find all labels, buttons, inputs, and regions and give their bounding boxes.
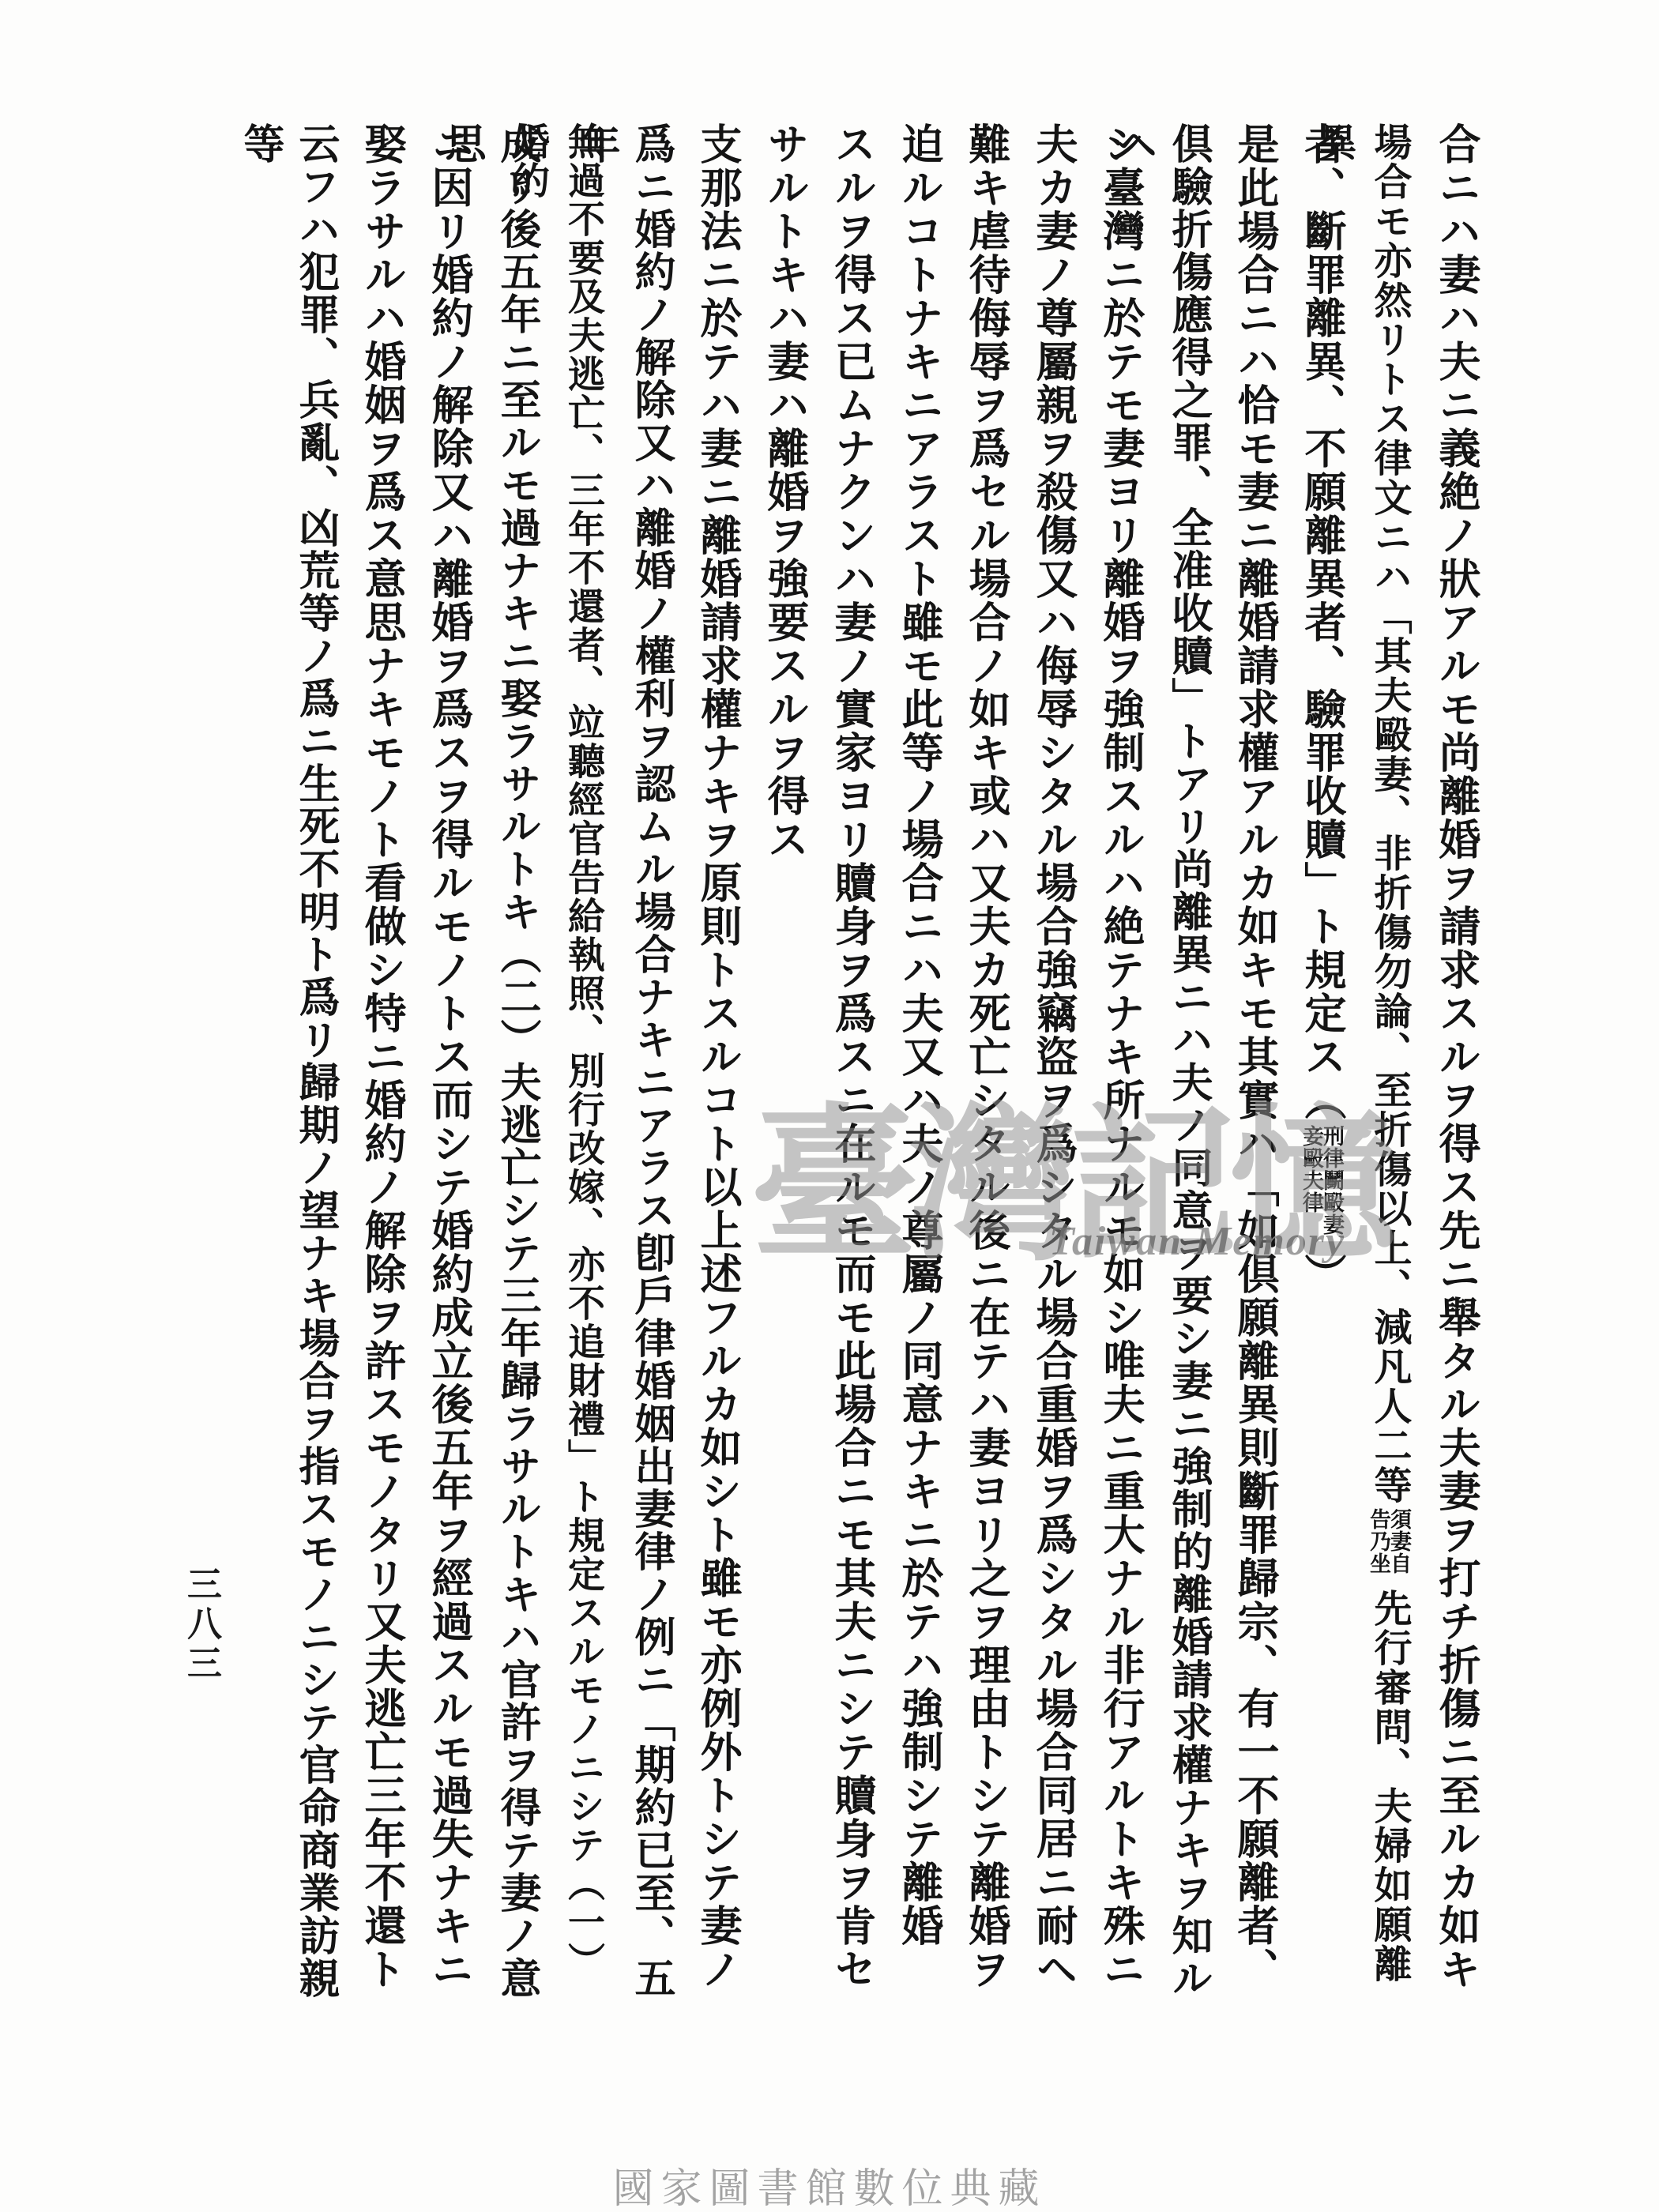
page-number: 三八三 — [180, 1566, 221, 1684]
text-column-5: 倶驗折傷應得之罪、全准收贖」トアリ尚離異ニハ夫ノ同意ヲ要シ妻ニ強制的離婚請求權ナ… — [1160, 122, 1215, 2003]
scanned-page: 合ニハ妻ハ夫ニ義絶ノ狀アルモ尚離婚ヲ請求スルヲ得ス先ニ舉タル夫妻ヲ打チ折傷ニ至ル… — [0, 0, 1659, 2212]
text-column-15: 成リ後五年ニ至ルモ過ナキニ娶ラサルトキ（二）夫逃亡シテ三年歸ラサルトキハ官許ヲ得… — [488, 122, 544, 2003]
text-column-11: サルトキハ妻ハ離婚ヲ強要スルヲ得ス — [757, 122, 812, 2003]
text-column-6: シ臺灣ニ於テモ妻ヨリ離婚ヲ強制スルハ絶テナキ所ナルモ如シ唯夫ニ重大ナル非行アルト… — [1093, 122, 1148, 2003]
body-text-columns: 合ニハ妻ハ夫ニ義絶ノ狀アルモ尚離婚ヲ請求スルヲ得ス先ニ舉タル夫妻ヲ打チ折傷ニ至ル… — [0, 0, 1659, 2212]
text-column-3: 者、斷罪離異、不願離異者、驗罪收贖」ト規定ス（刑律鬭毆妻妾毆夫律） — [1294, 122, 1349, 2003]
warichu-left-line: 妾毆夫律 — [1300, 1125, 1322, 1213]
text-column-12: 支那法ニ於テハ妻ニ離婚請求權ナキヲ原則トスルコト以上述フルカ如シト雖モ亦例外トシ… — [690, 122, 745, 2003]
text-column-2: 場合モ亦然リトス律文ニハ「其夫毆妻、非折傷勿論、至折傷以上、減凡人二等須妻自告乃… — [1361, 122, 1416, 2003]
text-column-1: 合ニハ妻ハ夫ニ義絶ノ狀アルモ尚離婚ヲ請求スルヲ得ス先ニ舉タル夫妻ヲ打チ折傷ニ至ル… — [1428, 122, 1484, 2003]
text-column-7: 夫カ妻ノ尊屬親ヲ殺傷又ハ侮辱シタル場合強竊盜ヲ爲シタル場合重婚ヲ爲シタル場合同居… — [1025, 122, 1081, 2003]
text-column-16: ニ因リ婚約ノ解除又ハ離婚ヲ爲スヲ得ルモノトス而シテ婚約成立後五年ヲ經過スルモ過失… — [421, 122, 476, 2003]
warichu-annotation: 須妻自告乃坐 — [1365, 1508, 1413, 1586]
text-column-9: 迫ルコトナキニアラスト雖モ此等ノ場合ニハ夫又ハ夫ノ尊屬ノ同意ナキニ於テハ強制シテ… — [891, 122, 946, 2003]
text-column-17: 娶ラサルハ婚姻ヲ爲ス意思ナキモノト看做シ特ニ婚約ノ解除ヲ許スモノタリ又夫逃亡三年… — [354, 122, 409, 2003]
text-column-14: 無過不要及夫逃亡、三年不還者、竝聽經官告給執照、別行改嫁、亦不追財禮」ト規定スル… — [555, 122, 611, 2003]
text-column-10: スルヲ得ス已ムナクンハ妻ノ實家ヨリ贖身ヲ爲スニ在ルモ而モ此場合ニモ其夫ニシテ贖身… — [824, 122, 879, 2003]
text-column-13: 爲ニ婚約ノ解除又ハ離婚ノ權利ヲ認ムル場合ナキニアラス卽戶律婚姻出妻律ノ例ニ「期約… — [623, 122, 678, 2003]
text-column-4: 是此場合ニハ恰モ妻ニ離婚請求權アルカ如キモ其實ハ「如倶願離異則斷罪歸宗、有一不願… — [1227, 122, 1282, 2003]
text-column-18: 云フハ犯罪、兵亂、凶荒等ノ爲ニ生死不明ト爲リ歸期ノ望ナキ場合ヲ指スモノニシテ官命… — [287, 122, 342, 2003]
warichu-annotation: 刑律鬭毆妻妾毆夫律 — [1298, 1125, 1345, 1250]
warichu-left-line: 告乃坐 — [1367, 1508, 1390, 1574]
footer-library-credit: 國家圖書館數位典藏 — [0, 2155, 1659, 2212]
warichu-right-line: 須妻自 — [1388, 1508, 1410, 1574]
text-column-8: 難キ虐待侮辱ヲ爲セル場合ノ如キ或ハ又夫カ死亡シタル後ニ在テハ妻ヨリ之ヲ理由トシテ… — [958, 122, 1014, 2003]
warichu-right-line: 刑律鬭毆妻 — [1321, 1125, 1343, 1236]
